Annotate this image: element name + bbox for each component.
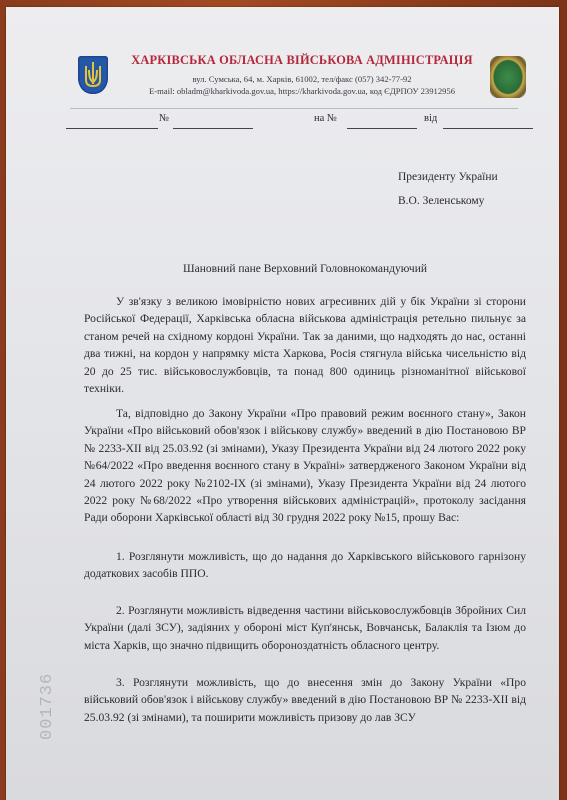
reply-date-blank <box>443 128 533 129</box>
request-item-3: 3. Розглянути можливість, що до внесення… <box>84 674 526 726</box>
reply-number-blank <box>347 128 417 129</box>
letterhead-divider <box>70 108 518 109</box>
paragraph-text: Та, відповідно до Закону України «Про пр… <box>84 407 526 524</box>
outgoing-date-blank <box>66 128 158 129</box>
letterhead: ХАРКІВСЬКА ОБЛАСНА ВІЙСЬКОВА АДМІНІСТРАЦ… <box>72 50 522 106</box>
paragraph-text: 2. Розглянути можливість відведення част… <box>84 604 526 652</box>
number-label: № <box>159 113 169 129</box>
salutation: Шановний пане Верховний Головнокомандуюч… <box>70 263 540 275</box>
paragraph-legal-basis: Та, відповідно до Закону України «Про пр… <box>84 405 526 527</box>
paragraph-intro: У зв'язку з великою імовірністю нових аг… <box>84 293 526 397</box>
kharkiv-oblast-coat-of-arms-icon <box>490 56 526 98</box>
recipient-name: В.О. Зеленському <box>398 195 484 207</box>
organization-contacts: E-mail: obladm@kharkivoda.gov.ua, https:… <box>122 86 482 96</box>
reply-number-label: на № <box>314 113 337 129</box>
organization-title: ХАРКІВСЬКА ОБЛАСНА ВІЙСЬКОВА АДМІНІСТРАЦ… <box>122 53 482 68</box>
request-item-1: 1. Розглянути можливість, що до надання … <box>84 548 526 583</box>
recipient-title: Президенту України <box>398 171 498 183</box>
paragraph-text: У зв'язку з великою імовірністю нових аг… <box>84 295 526 395</box>
request-item-2: 2. Розглянути можливість відведення част… <box>84 602 526 654</box>
organization-address: вул. Сумська, 64, м. Харків, 61002, тел/… <box>122 74 482 84</box>
paragraph-text: 3. Розглянути можливість, що до внесення… <box>84 676 526 724</box>
outgoing-number-blank <box>173 128 253 129</box>
registration-stamp: 001736 <box>38 673 57 740</box>
paragraph-text: 1. Розглянути можливість, що до надання … <box>84 550 526 580</box>
ukraine-coat-of-arms-icon <box>78 56 108 94</box>
reply-date-label: від <box>424 113 437 129</box>
